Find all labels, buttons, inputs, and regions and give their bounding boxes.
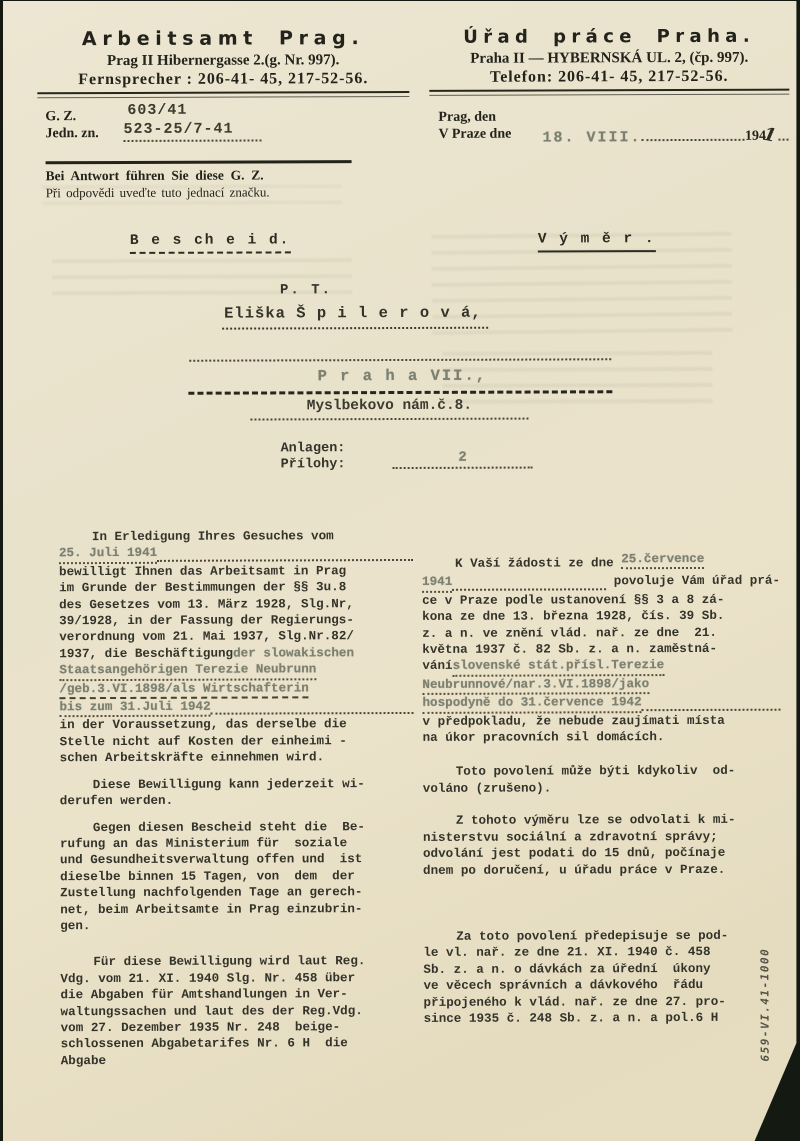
paragraph: Für diese Bewilligung wird laut Reg.Vdg.… (60, 953, 414, 1069)
text-line: 25. Juli 1941 (59, 544, 413, 564)
text-segment: bewilligt Ihnen das Arbeitsamt in Prag (59, 563, 346, 580)
text-segment: rufung an das Ministerium für soziale (60, 835, 347, 852)
office-address-german: Prag II Hibernergasse 2.(g. Nr. 997). (37, 52, 409, 70)
text-segment: Staatsangehörigen Terezie Neubrunn (59, 662, 316, 681)
office-title-czech: Úřad práce Praha. (429, 26, 789, 48)
text-line: Gegen diesen Bescheid steht die Be- (60, 818, 414, 836)
text-segment: der slowakischen (233, 645, 354, 662)
text-segment: Diese Bewilligung kann jederzeit wi- (93, 776, 365, 793)
letter-page: Arbeitsamt Prag. Prag II Hibernergasse 2… (3, 1, 800, 1141)
paragraph: Diese Bewilligung kann jederzeit wi-deru… (60, 776, 414, 810)
text-line: Abgabe (61, 1052, 415, 1070)
text-line: waltungssachen und laut des der Reg.Vdg. (61, 1003, 415, 1021)
text-line: váníslovenské stát.přísl.Terezie (422, 657, 780, 677)
dashed-rule (188, 390, 612, 394)
enclosures-block: Anlagen: Přílohy: 2 (281, 441, 541, 474)
text-segment: z. a n. ve znění vlád. nař. ze dne 21. (422, 625, 717, 642)
text-line: dieselbe binnen 15 Tagen, von dem der (60, 868, 414, 886)
text-line: des Gesetzes vom 13. März 1928, Slg.Nr, (59, 596, 413, 614)
text-segment: Zustellung nachfolgenden Tage an gerech- (60, 884, 362, 901)
text-segment: verordnung vom 21. Mai 1937, Slg.Nr.82/ (59, 629, 354, 646)
text-line: Zustellung nachfolgenden Tage an gerech- (60, 884, 414, 902)
addressee-street: Myslbekovo nám.č.8. (250, 398, 528, 421)
text-segment: 39/1928, in der Fassung der Regierungs- (59, 612, 354, 629)
text-line: net, beim Arbeitsamte in Prag einzubrin- (60, 900, 414, 918)
text-line: Für diese Bewilligung wird laut Reg. (60, 953, 414, 971)
date-line: 18. VIII. 1941 (500, 122, 788, 144)
letter-content: Arbeitsamt Prag. Prag II Hibernergasse 2… (1, 0, 800, 1141)
text-line: 1941 povoluje Vám úřad prá- (422, 573, 780, 593)
text-segment: In Erledigung Ihres Gesuches vom (92, 528, 334, 545)
reference-number-top: 603/41 (127, 102, 187, 119)
text-segment: vání (422, 658, 452, 677)
text-line: vom 27. Dezember 1935 Nr. 248 beige- (61, 1019, 415, 1037)
text-line: května 1937 č. 82 Sb. z. a n. zaměstná- (422, 641, 780, 659)
text-segment: K Vaší žádosti ze dne (455, 555, 621, 574)
dotted-leader (452, 574, 606, 591)
letterhead-czech: Úřad práce Praha. Praha II — HYBERNSKÁ U… (429, 26, 789, 96)
text-segment: 25.července (621, 551, 704, 570)
letterhead-rule (37, 91, 409, 98)
text-line: ve věcech správních a dávkového řádu (423, 977, 781, 995)
text-segment: května 1937 č. 82 Sb. z. a n. zaměstná- (422, 641, 717, 658)
text-line: in der Voraussetzung, das derselbe die (60, 716, 414, 734)
paragraph: In Erledigung Ihres Gesuches vom25. Juli… (59, 528, 414, 767)
addressee-city: P r a h a VII., (252, 366, 552, 385)
text-segment: vom 27. Dezember 1935 Nr. 248 beige- (61, 1019, 341, 1036)
text-segment: dieselbe binnen 15 Tagen, von dem der (60, 868, 355, 885)
office-phone-czech: Telefon: 206-41- 45, 217-52-56. (429, 68, 789, 87)
dotted-leader (157, 544, 413, 561)
text-line: die Abgaben für Amtshandlungen in Ver- (60, 986, 414, 1004)
text-segment: na úkor pracovních sil domácích. (423, 729, 665, 746)
text-line: Diese Bewilligung kann jederzeit wi- (60, 776, 414, 794)
dotted-leader (642, 694, 781, 711)
print-order-code: 659-VI.41-1000 (758, 948, 771, 1062)
dotted-leader (778, 139, 788, 141)
reference-note-german: Bei Antwort führen Sie diese G. Z. (46, 167, 376, 184)
text-line: odvolání jest podati do 15 dnů, počínaje (423, 845, 781, 863)
reference-note-czech: Při odpovědi uveďte tuto jednací značku. (46, 184, 376, 201)
text-segment: since 1935 č. 248 Sb. z. a n. a pol.6 H (424, 1010, 719, 1027)
text-line: und Gesundheitsverwaltung offen und ist (60, 851, 414, 869)
text-line: schlossenen Abgabetarifes Nr. 6 H die (61, 1035, 415, 1053)
text-segment: hospodyně do 31.července 1942 (422, 694, 641, 713)
text-line: hospodyně do 31.července 1942 (422, 694, 780, 714)
reference-rule (46, 160, 352, 164)
text-segment: des Gesetzes vom 13. März 1928, Slg.Nr, (59, 596, 354, 613)
text-line: derufen werden. (60, 792, 414, 810)
office-title-german: Arbeitsamt Prag. (37, 27, 409, 50)
text-segment: derufen werden. (60, 793, 173, 810)
scan-background: Arbeitsamt Prag. Prag II Hibernergasse 2… (0, 0, 800, 1141)
text-segment: kona ze dne 13. března 1928, čís. 39 Sb. (422, 608, 724, 625)
text-segment: schlossenen Abgabetarifes Nr. 6 H die (61, 1036, 348, 1053)
text-segment: odvolání jest podati do 15 dnů, počínaje (423, 845, 725, 862)
text-line: le vl. nař. ze dne 21. XI. 1940 č. 458 (423, 944, 781, 962)
text-segment: Stelle nicht auf Kosten der einheimi - (60, 733, 347, 750)
text-segment: und Gesundheitsverwaltung offen und ist (60, 851, 362, 868)
paragraph: Z tohoto výměru lze se odvolati k mi-nis… (423, 812, 781, 879)
text-segment: waltungssachen und laut des der Reg.Vdg. (61, 1003, 363, 1020)
text-line: im Grunde der Bestimmungen der §§ 3u.8 (59, 579, 413, 597)
text-segment: in der Voraussetzung, das derselbe die (60, 717, 347, 734)
addressee-name: Eliška Š p i l e r o v á, (222, 304, 488, 330)
text-segment: Für diese Bewilligung wird laut Reg. (93, 953, 365, 970)
text-line: z. a n. ve znění vlád. nař. ze dne 21. (422, 624, 780, 642)
date-block: Prag, den V Praze dne 18. VIII. 1941 (438, 108, 790, 143)
letterhead-rule (429, 89, 789, 96)
text-segment: dnem po doručení, u úřadu práce v Praze. (423, 861, 725, 878)
text-line: Stelle nicht auf Kosten der einheimi - (60, 733, 414, 751)
dotted-leader (211, 698, 414, 715)
text-line: Za toto povolení předepisuje se pod- (423, 928, 781, 946)
text-segment: Za toto povolení předepisuje se pod- (456, 928, 728, 945)
text-segment: 25. Juli 1941 (59, 545, 157, 564)
text-line: Staatsangehörigen Terezie Neubrunn (59, 661, 413, 681)
text-segment: Toto povolení může býti kdykoliv od- (456, 763, 736, 780)
text-line: Vdg. vom 21. XI. 1940 Slg. Nr. 458 über (60, 970, 414, 988)
text-segment: net, beim Arbeitsamte in Prag einzubrin- (60, 901, 362, 918)
text-line: ce v Praze podle ustanovení §§ 3 a 8 zá- (422, 591, 780, 609)
text-segment: voláno (zrušeno). (423, 780, 552, 797)
dotted-leader (642, 139, 745, 141)
office-phone-german: Fernsprecher : 206-41- 45, 217-52-56. (37, 70, 409, 89)
year-handwritten: 1 (762, 124, 779, 147)
text-line: Toto povolení může býti kdykoliv od- (423, 763, 781, 781)
text-line: K Vaší žádosti ze dne 25.července (422, 555, 780, 575)
text-line: Z tohoto výměru lze se odvolati k mi- (423, 812, 781, 830)
reference-block: G. Z. Jedn. zn. 603/41 523-25/7-41 (45, 107, 365, 142)
text-segment: Neubrunnové/nar.3.VI.1898/jako (422, 676, 649, 695)
text-segment: 1941 (422, 574, 452, 593)
text-segment: im Grunde der Bestimmungen der §§ 3u.8 (59, 579, 346, 596)
office-address-czech: Praha II — HYBERNSKÁ UL. 2, (čp. 997). (429, 50, 789, 68)
text-line: Neubrunnové/nar.3.VI.1898/jako (422, 676, 780, 696)
text-segment: ce v Praze podle ustanovení §§ 3 a 8 zá- (422, 592, 724, 609)
text-line: dnem po doručení, u úřadu práce v Praze. (423, 861, 781, 879)
text-segment: schen Arbeitskräfte einnehmen wird. (60, 750, 325, 767)
text-line: bewilligt Ihnen das Arbeitsamt in Prag (59, 563, 413, 581)
dotted-rule (189, 358, 611, 361)
text-segment: Z tohoto výměru lze se odvolati k mi- (456, 812, 736, 829)
text-line: since 1935 č. 248 Sb. z. a n. a pol.6 H (424, 1010, 782, 1028)
text-segment: die Abgaben für Amtshandlungen in Ver- (60, 986, 347, 1003)
paragraph: K Vaší žádosti ze dne 25.července1941 po… (422, 555, 781, 747)
body-german: In Erledigung Ihres Gesuches vom25. Juli… (59, 528, 415, 1069)
text-segment: Abgabe (61, 1053, 106, 1070)
paragraph: Toto povolení může býti kdykoliv od-volá… (423, 763, 781, 797)
text-line: /geb.3.VI.1898/als Wirtschafterin (59, 680, 413, 700)
text-segment: Vdg. vom 21. XI. 1940 Slg. Nr. 458 über (60, 970, 355, 987)
body-czech: K Vaší žádosti ze dne 25.července1941 po… (422, 555, 782, 1028)
text-line: bis zum 31.Juli 1942 (59, 698, 413, 718)
text-line: rufung an das Ministerium für soziale (60, 835, 414, 853)
reference-number-bottom: 523-25/7-41 (123, 120, 261, 141)
text-line: voláno (zrušeno). (423, 780, 781, 798)
text-line: gen. (60, 917, 414, 935)
text-segment: připojeného k vlád. nař. ze dne 27. pro- (423, 993, 725, 1010)
heading-bescheid: B e s ch e i d. (130, 232, 291, 254)
text-segment: nisterstvu sociální a zdravotní správy; (423, 829, 718, 846)
letterhead-german: Arbeitsamt Prag. Prag II Hibernergasse 2… (37, 27, 409, 98)
text-segment: Sb. z. a n. o dávkách za úřední úkony (423, 961, 710, 978)
text-segment: v předpokladu, že nebude zaujímati místa (422, 713, 724, 730)
text-line: na úkor pracovních sil domácích. (423, 729, 781, 747)
paragraph: Za toto povolení předepisuje se pod-le v… (423, 928, 781, 1028)
text-line: nisterstvu sociální a zdravotní správy; (423, 828, 781, 846)
enclosures-count: 2 (393, 450, 533, 469)
date-value: 18. VIII. (542, 129, 641, 146)
text-segment: /geb.3.VI.1898/als Wirtschafterin (59, 680, 308, 699)
text-segment: slovenské stát.přísl.Terezie (453, 658, 665, 677)
text-segment: gen. (60, 918, 90, 935)
text-line: In Erledigung Ihres Gesuches vom (59, 528, 413, 546)
text-segment: povoluje Vám úřad prá- (606, 573, 780, 592)
text-line: kona ze dne 13. března 1928, čís. 39 Sb. (422, 608, 780, 626)
text-line: připojeného k vlád. nař. ze dne 27. pro- (423, 993, 781, 1011)
text-line: verordnung vom 21. Mai 1937, Slg.Nr.82/ (59, 628, 413, 646)
text-segment: le vl. nař. ze dne 21. XI. 1940 č. 458 (423, 944, 710, 961)
text-line: v předpokladu, že nebude zaujímati místa (422, 712, 780, 730)
text-segment: bis zum 31.Juli 1942 (59, 699, 210, 718)
text-line: 39/1928, in der Fassung der Regierungs- (59, 612, 413, 630)
text-segment: 1937, die Beschäftigung (59, 645, 233, 662)
text-segment: Gegen diesen Bescheid steht die Be- (93, 819, 365, 836)
reference-note: Bei Antwort führen Sie diese G. Z. Při o… (46, 167, 376, 201)
text-line: schen Arbeitskräfte einnehmen wird. (60, 749, 414, 767)
heading-vymer: V ý m ě r . (538, 231, 656, 252)
salutation: P. T. (280, 282, 332, 298)
text-line: Sb. z. a n. o dávkách za úřední úkony (423, 960, 781, 978)
text-segment: ve věcech správních a dávkového řádu (423, 977, 703, 994)
paragraph: Gegen diesen Bescheid steht die Be-rufun… (60, 818, 414, 934)
text-line: 1937, die Beschäftigungder slowakischen (59, 645, 413, 663)
